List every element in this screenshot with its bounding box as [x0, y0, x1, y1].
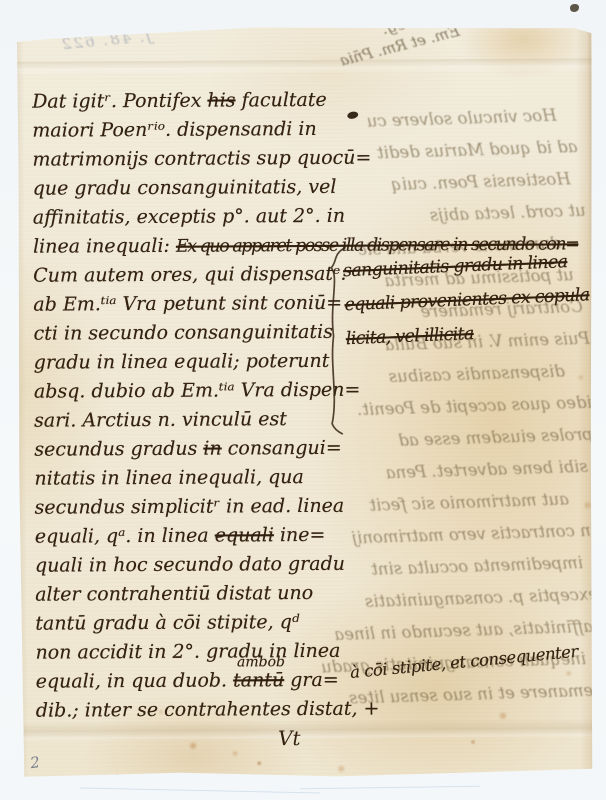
- manuscript-line: que gradu consanguinitatis, vel: [33, 171, 598, 203]
- manuscript-line: sari. Arctius n. vinculū est: [34, 403, 599, 435]
- manuscript-text: sari. Arctius n. vinculū est: [34, 408, 287, 432]
- interlinear-note: ambob: [237, 655, 285, 669]
- manuscript-text: secundus gradus: [34, 438, 203, 461]
- struck-text: tantū: [233, 669, 284, 691]
- manuscript-line: quali in hoc secundo dato gradu: [35, 548, 600, 580]
- verso-address-showthrough: Inv. Greg. Em. et Rm. Pñia: [258, 2, 462, 90]
- page-number-pencil: 2: [29, 753, 41, 772]
- manuscript-text: gra=: [284, 669, 339, 691]
- foxing-spots: [16, 28, 18, 30]
- manuscript-line: maiori Poenʳⁱᵒ. dispensandi in: [32, 113, 597, 145]
- manuscript-text: Cum autem ores, qui dispensatᵉ.: [33, 263, 346, 287]
- manuscript-text: non accidit in 2°. gradu in linea: [35, 640, 340, 664]
- struck-text: his: [207, 89, 235, 111]
- struck-text: in: [203, 438, 221, 460]
- manuscript-text: tantū gradu à cōi stipite, qᵈ: [35, 611, 299, 635]
- manuscript-text: maiori Poenʳⁱᵒ. dispensandi in: [32, 118, 316, 142]
- manuscript-line: equali, qᵃ. in linea equali ine=: [35, 519, 600, 551]
- manuscript-text: ab Em.ᵗⁱᵃ Vra petunt sint coniū=: [33, 292, 342, 316]
- manuscript-line: secundus simplicitʳ in ead. linea: [35, 490, 600, 522]
- manuscript-line: Dat igitʳ. Pontifex his facultate: [32, 84, 597, 116]
- manuscript-page: Hoc vinculo solvere cuad id quod Marius …: [16, 24, 597, 780]
- manuscript-line: absq. dubio ab Em.ᵗⁱᵃ Vra dispen=: [34, 374, 599, 406]
- manuscript-line: equali, in qua duob. ambobtantū gra=: [36, 664, 601, 696]
- manuscript-line: matrimonijs contractis sup quocū=: [32, 142, 597, 174]
- manuscript-text: affinitatis, exceptis p°. aut 2°. in: [33, 205, 345, 229]
- manuscript-text: equali, in qua duob.: [36, 669, 234, 692]
- archival-shelfmark-pencil: J. 48. 622: [59, 27, 152, 53]
- manuscript-line: tantū gradu à cōi stipite, qᵈ: [35, 606, 600, 638]
- manuscript-text: facultate: [235, 89, 326, 112]
- manuscript-text: alter contrahentiū distat uno: [35, 582, 313, 606]
- manuscript-line: affinitatis, exceptis p°. aut 2°. in: [33, 200, 598, 232]
- manuscript-text: gradu in linea equali; poterunt: [34, 350, 330, 374]
- catchword: Vt: [278, 726, 301, 750]
- page-edge-left: [16, 28, 29, 780]
- scanner-fleck: [570, 4, 579, 12]
- scanner-artifact-line: [300, 786, 480, 790]
- manuscript-text: que gradu consanguinitatis, vel: [33, 176, 337, 200]
- manuscript-text: consangui=: [222, 437, 342, 460]
- manuscript-text: nitatis in linea inequali, qua: [34, 466, 304, 490]
- manuscript-text: ine=: [274, 524, 326, 546]
- manuscript-line: dib.; inter se contrahentes distat, +: [36, 693, 601, 725]
- manuscript-line: secundus gradus in consangui=: [34, 432, 599, 464]
- manuscript-lines: Dat igitʳ. Pontifex his facultatemaiori …: [32, 84, 601, 725]
- struck-text: equali: [215, 524, 274, 546]
- manuscript-text: cti in secundo consanguinitatis: [34, 321, 333, 345]
- manuscript-text: matrimonijs contractis sup quocū=: [32, 147, 371, 171]
- manuscript-text: dib.; inter se contrahentes distat, +: [36, 698, 380, 722]
- manuscript-text: quali in hoc secundo dato gradu: [35, 553, 345, 577]
- manuscript-line: gradu in linea equali; poterunt: [34, 345, 599, 377]
- scanner-artifact-line: [80, 787, 320, 793]
- margin-struck-revision: sanguinitatis gradu in lineaequali prove…: [342, 244, 604, 356]
- manuscript-text: absq. dubio ab Em.ᵗⁱᵃ Vra dispen=: [34, 379, 361, 403]
- struck-text-with-note: ambobtantū: [233, 669, 284, 691]
- manuscript-line: nitatis in linea inequali, qua: [34, 461, 599, 493]
- manuscript-line: alter contrahentiū distat uno: [35, 577, 600, 609]
- manuscript-text: Dat igitʳ. Pontifex: [32, 90, 207, 113]
- manuscript-text: linea inequali:: [33, 235, 176, 258]
- manuscript-text: secundus simplicitʳ in ead. linea: [35, 495, 345, 519]
- manuscript-text: equali, qᵃ. in linea: [35, 525, 215, 548]
